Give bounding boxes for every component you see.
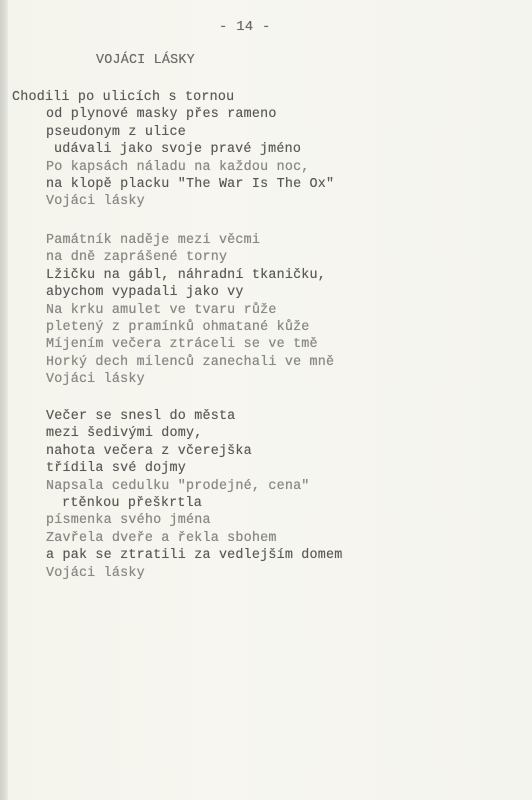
poem-line: Chodili po ulicích s tornou [12,89,300,106]
poem-line: písmenka svého jména [46,512,343,529]
stanza-1: Chodili po ulicích s tornou od plynové m… [0,89,288,211]
poem-line: rtěnkou přeškrtla [62,495,359,512]
poem-line: Vojáci lásky [46,565,343,582]
poem-line: od plynové masky přes rameno [46,106,334,123]
poem-line: Lžičku na gábl, náhradní tkaničku, [46,267,334,284]
poem-line: Vojáci lásky [46,193,334,210]
poem-line: Na krku amulet ve tvaru růže [46,302,334,319]
poem-line: na klopě placku "The War Is The Ox" [46,176,334,193]
poem-line: Večer se snesl do města [46,408,343,425]
typewritten-page: - 14 - VOJÁCI LÁSKY Chodili po ulicích s… [0,0,532,800]
poem-line: udávali jako svoje pravé jméno [54,141,342,158]
poem-line: Napsala cedulku "prodejné, cena" [46,478,343,495]
poem-line: Míjením večera ztráceli se ve tmě [46,336,334,353]
poem-line: Po kapsách náladu na každou noc, [46,159,334,176]
poem-line: abychom vypadali jako vy [46,284,334,301]
poem-line: třídila své dojmy [46,460,343,477]
poem-line: Památník naděje mezi věcmi [46,232,334,249]
stanza-3: Večer se snesl do města mezi šedivými do… [0,408,297,582]
poem-line: pseudonym z ulice [46,124,334,141]
poem-line: nahota večera z včerejška [46,443,343,460]
poem-line: pletený z pramínků ohmatané kůže [46,319,334,336]
poem-line: mezi šedivými domy, [46,425,343,442]
stanza-2: Památník naděje mezi věcmi na dně zapráš… [0,232,288,389]
poem-line: Horký dech milenců zanechali ve mně [46,354,334,371]
page-number: - 14 - [219,19,271,35]
poem-line: na dně zaprášené torny [46,249,334,266]
poem-line: a pak se ztratili za vedlejším domem [46,547,343,564]
poem-title: VOJÁCI LÁSKY [96,53,195,68]
poem-line: Zavřela dveře a řekla sbohem [46,530,343,547]
poem-line: Vojáci lásky [46,371,334,388]
